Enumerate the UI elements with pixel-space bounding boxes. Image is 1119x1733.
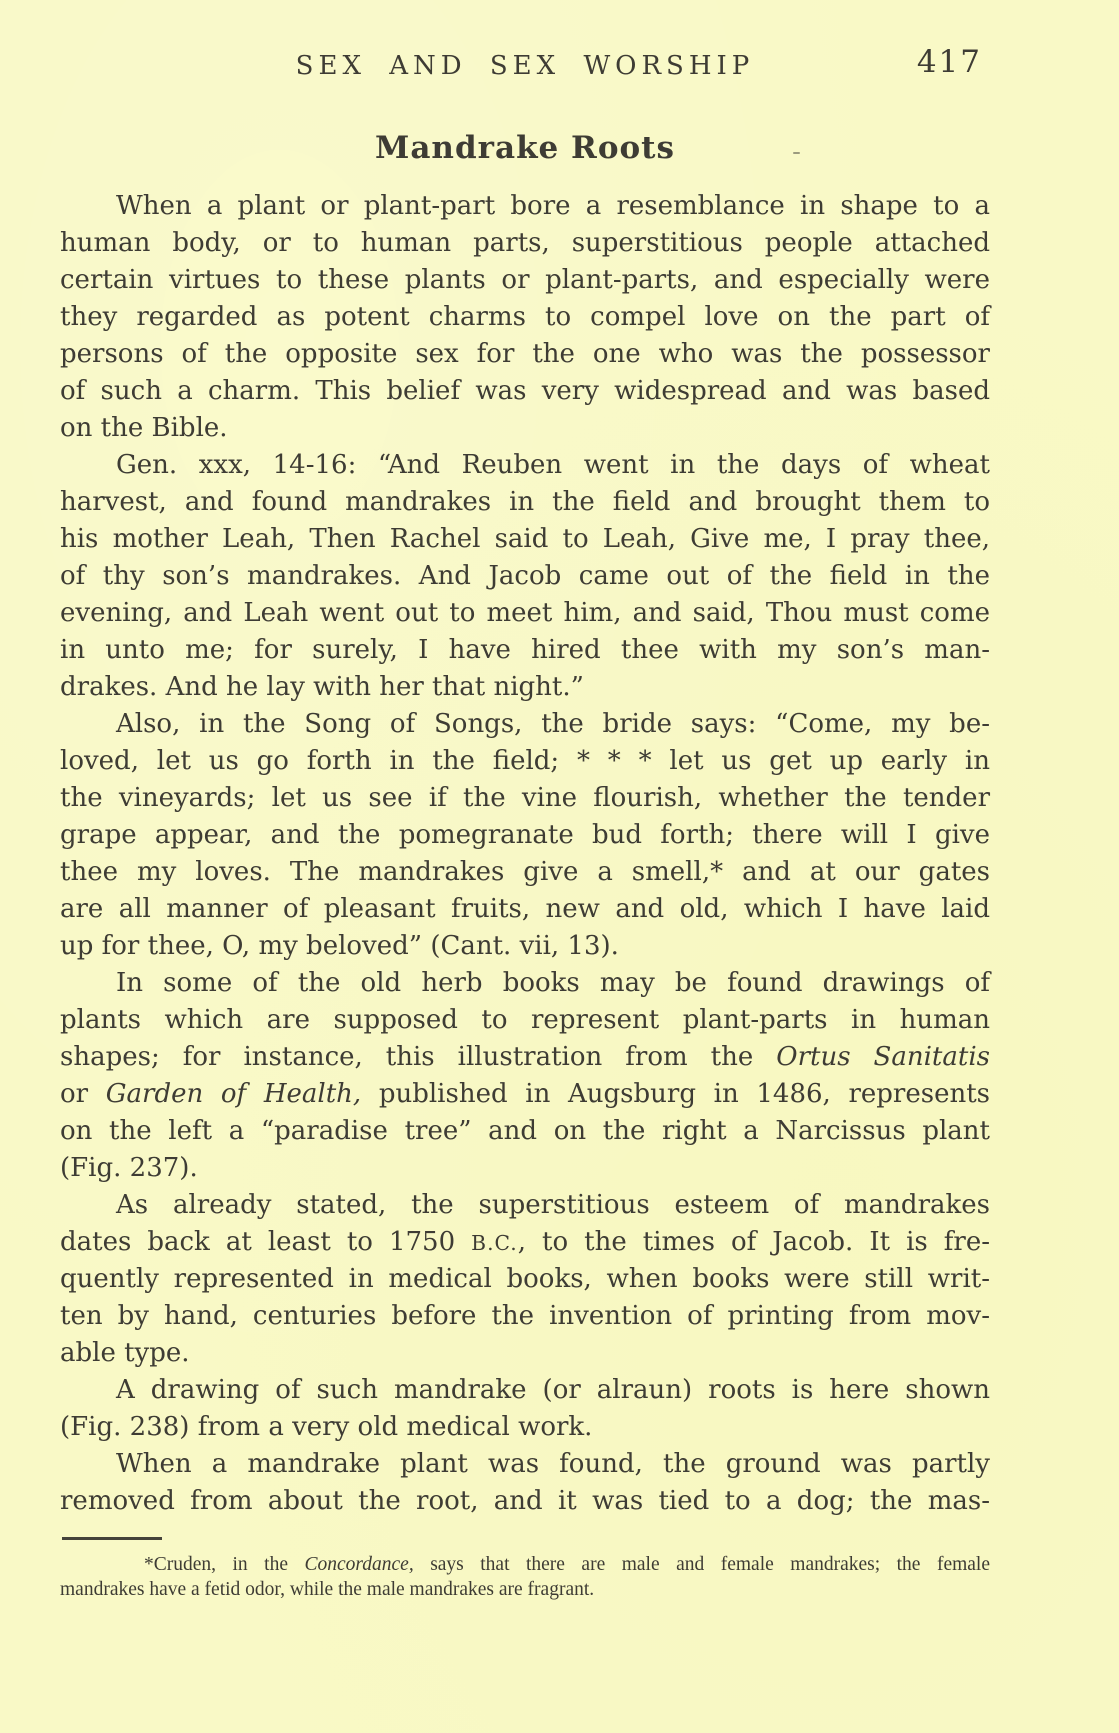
text-line: In some of the old herb books may be fou… <box>60 965 990 1002</box>
section-title: Mandrake Roots <box>60 128 990 168</box>
body-text: When a plant or plant-part bore a resemb… <box>60 188 990 1520</box>
text-line: quently represented in medical books, wh… <box>60 1261 990 1298</box>
text-segment: plants which are supposed to represent p… <box>60 1005 990 1035</box>
footnote-separator <box>62 1537 162 1540</box>
text-line: When a plant or plant-part bore a resemb… <box>60 188 990 225</box>
text-segment: up for thee, O, my beloved” (Cant. vii, … <box>60 931 619 961</box>
text-line: persons of the opposite sex for the one … <box>60 336 990 373</box>
text-segment: shapes; for instance, this illustration … <box>60 1042 776 1072</box>
text-segment: persons of the opposite sex for the one … <box>60 339 990 369</box>
text-segment: says that there are male and female mand… <box>414 1554 990 1575</box>
text-line: in unto me; for surely, I have hired the… <box>60 632 990 669</box>
small-caps-text: B.C. <box>471 1231 518 1255</box>
text-segment: published in Augsburg in 1486, represent… <box>361 1079 990 1109</box>
text-line: (Fig. 237). <box>60 1150 990 1187</box>
text-line: his mother Leah, Then Rachel said to Lea… <box>60 521 990 558</box>
text-segment: loved, let us go forth in the field; * *… <box>60 746 990 776</box>
text-segment: on the left a “paradise tree” and on the… <box>60 1116 990 1146</box>
text-line: human body, or to human parts, superstit… <box>60 225 990 262</box>
text-segment: As already stated, the superstitious est… <box>116 1190 990 1220</box>
running-head: SEX AND SEX WORSHIP 417 <box>60 48 990 84</box>
text-line: plants which are supposed to represent p… <box>60 1002 990 1039</box>
text-segment: grape appear, and the pomegranate bud fo… <box>60 820 990 850</box>
text-segment: , to the times of Jacob. It is fre- <box>518 1227 990 1257</box>
text-segment: (Fig. 237). <box>60 1153 198 1183</box>
text-segment: harvest, and found mandrakes in the fiel… <box>60 487 990 517</box>
text-line: (Fig. 238) from a very old medical work. <box>60 1409 990 1446</box>
text-segment: or <box>60 1079 106 1109</box>
text-segment: A drawing of such mandrake (or alraun) r… <box>116 1375 990 1405</box>
text-segment: quently represented in medical books, wh… <box>60 1264 990 1294</box>
text-line: ten by hand, centuries before the invent… <box>60 1298 990 1335</box>
text-line: the vineyards; let us see if the vine fl… <box>60 780 990 817</box>
text-segment: evening, and Leah went out to meet him, … <box>60 598 990 628</box>
text-line: Also, in the Song of Songs, the bride sa… <box>60 706 990 743</box>
text-segment: the vineyards; let us see if the vine fl… <box>60 783 990 813</box>
text-line: thee my loves. The mandrakes give a smel… <box>60 854 990 891</box>
text-segment: on the Bible. <box>60 413 228 443</box>
text-segment: his mother Leah, Then Rachel said to Lea… <box>60 524 990 554</box>
text-segment: *Cruden, in the <box>144 1554 304 1575</box>
text-line: able type. <box>60 1335 990 1372</box>
text-line: certain virtues to these plants or plant… <box>60 262 990 299</box>
text-line: they regarded as potent charms to compel… <box>60 299 990 336</box>
text-segment: removed from about the root, and it was … <box>60 1486 990 1516</box>
text-line: dates back at least to 1750 B.C., to the… <box>60 1224 990 1261</box>
paper-speck <box>793 152 800 154</box>
text-segment: drakes. And he lay with her that night.” <box>60 672 584 702</box>
text-line: drakes. And he lay with her that night.” <box>60 669 990 706</box>
page-number: 417 <box>917 44 982 80</box>
book-page: SEX AND SEX WORSHIP 417 Mandrake Roots W… <box>0 0 1119 1733</box>
text-segment: of such a charm. This belief was very wi… <box>60 376 990 406</box>
text-segment: able type. <box>60 1338 190 1368</box>
text-segment: human body, or to human parts, superstit… <box>60 228 990 258</box>
text-line: are all manner of pleasant fruits, new a… <box>60 891 990 928</box>
text-line: on the Bible. <box>60 410 990 447</box>
text-segment: Gen. xxx, 14-16: “And Reuben went in the… <box>116 450 990 480</box>
text-line: shapes; for instance, this illustration … <box>60 1039 990 1076</box>
text-segment: Also, in the Song of Songs, the bride sa… <box>116 709 990 739</box>
text-line: loved, let us go forth in the field; * *… <box>60 743 990 780</box>
text-segment: thee my loves. The mandrakes give a smel… <box>60 857 990 887</box>
text-line: *Cruden, in the Concordance, says that t… <box>60 1552 990 1577</box>
text-segment: In some of the old herb books may be fou… <box>116 968 990 998</box>
running-header-text: SEX AND SEX WORSHIP <box>296 51 755 81</box>
text-line: or Garden of Health, published in Augsbu… <box>60 1076 990 1113</box>
text-segment: dates back at least to 1750 <box>60 1227 471 1257</box>
italic-text: Concordance, <box>304 1554 413 1575</box>
text-line: of such a charm. This belief was very wi… <box>60 373 990 410</box>
text-line: Gen. xxx, 14-16: “And Reuben went in the… <box>60 447 990 484</box>
text-line: A drawing of such mandrake (or alraun) r… <box>60 1372 990 1409</box>
italic-text: Ortus Sanitatis <box>776 1042 990 1072</box>
text-segment: ten by hand, centuries before the invent… <box>60 1301 990 1331</box>
text-segment: certain virtues to these plants or plant… <box>60 265 990 295</box>
text-segment: mandrakes have a fetid odor, while the m… <box>60 1579 594 1600</box>
text-segment: in unto me; for surely, I have hired the… <box>60 635 990 665</box>
text-line: grape appear, and the pomegranate bud fo… <box>60 817 990 854</box>
text-line: When a mandrake plant was found, the gro… <box>60 1446 990 1483</box>
text-line: mandrakes have a fetid odor, while the m… <box>60 1577 990 1602</box>
text-line: up for thee, O, my beloved” (Cant. vii, … <box>60 928 990 965</box>
text-line: evening, and Leah went out to meet him, … <box>60 595 990 632</box>
italic-text: Garden of Health, <box>106 1079 361 1109</box>
footnote: *Cruden, in the Concordance, says that t… <box>60 1552 990 1602</box>
text-segment: of thy son’s mandrakes. And Jacob came o… <box>60 561 990 591</box>
text-segment: When a plant or plant-part bore a resemb… <box>116 191 990 221</box>
text-segment: When a mandrake plant was found, the gro… <box>116 1449 990 1479</box>
text-line: of thy son’s mandrakes. And Jacob came o… <box>60 558 990 595</box>
text-segment: (Fig. 238) from a very old medical work. <box>60 1412 592 1442</box>
text-segment: are all manner of pleasant fruits, new a… <box>60 894 990 924</box>
text-line: As already stated, the superstitious est… <box>60 1187 990 1224</box>
text-segment: they regarded as potent charms to compel… <box>60 302 990 332</box>
text-line: harvest, and found mandrakes in the fiel… <box>60 484 990 521</box>
text-line: removed from about the root, and it was … <box>60 1483 990 1520</box>
text-line: on the left a “paradise tree” and on the… <box>60 1113 990 1150</box>
